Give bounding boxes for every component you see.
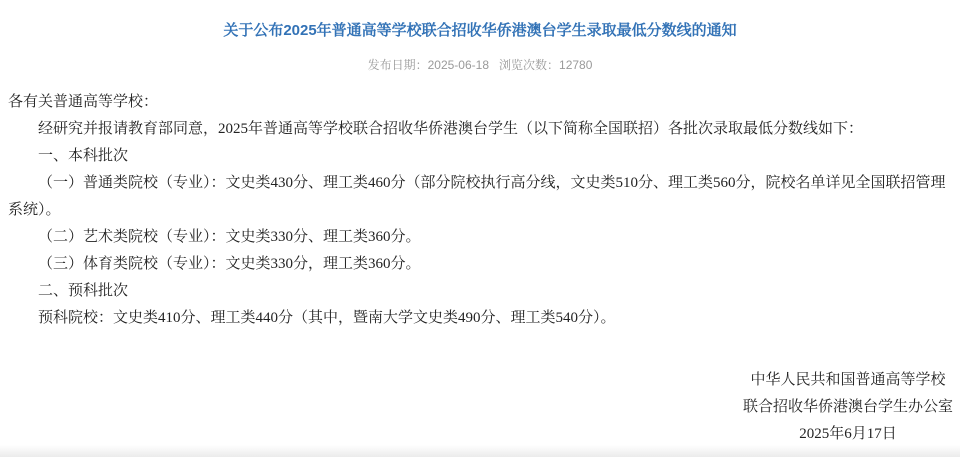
- page-bottom-fade: [0, 445, 960, 457]
- signature-org-line-1: 中华人民共和国普通高等学校: [743, 367, 953, 394]
- paragraph-general-colleges: （一）普通类院校（专业）：文史类430分、理工类460分（部分院校执行高分线，文…: [8, 170, 952, 224]
- publish-date-value: 2025-06-18: [428, 58, 489, 72]
- publish-date-label: 发布日期：: [368, 58, 428, 72]
- signature-org-line-2: 联合招收华侨港澳台学生办公室: [743, 394, 953, 421]
- notice-title: 关于公布2025年普通高等学校联合招收华侨港澳台学生录取最低分数线的通知: [0, 0, 960, 40]
- paragraph-art-colleges: （二）艺术类院校（专业）：文史类330分、理工类360分。: [8, 224, 952, 251]
- paragraph-intro: 经研究并报请教育部同意，2025年普通高等学校联合招收华侨港澳台学生（以下简称全…: [8, 116, 952, 143]
- paragraph-yuke-colleges: 预科院校：文史类410分、理工类440分（其中，暨南大学文史类490分、理工类5…: [8, 305, 952, 332]
- notice-page: 关于公布2025年普通高等学校联合招收华侨港澳台学生录取最低分数线的通知 发布日…: [0, 0, 960, 457]
- notice-body: 各有关普通高等学校： 经研究并报请教育部同意，2025年普通高等学校联合招收华侨…: [8, 89, 952, 332]
- signature-date: 2025年6月17日: [743, 421, 953, 448]
- section-heading-yuke: 二、预科批次: [8, 278, 952, 305]
- views-value: 12780: [559, 58, 592, 72]
- signature-inner: 中华人民共和国普通高等学校 联合招收华侨港澳台学生办公室 2025年6月17日: [743, 367, 953, 448]
- salutation: 各有关普通高等学校：: [8, 89, 952, 116]
- meta-line: 发布日期：2025-06-18浏览次数：12780: [0, 56, 960, 73]
- views-label: 浏览次数：: [499, 58, 559, 72]
- signature-block: 中华人民共和国普通高等学校 联合招收华侨港澳台学生办公室 2025年6月17日: [0, 367, 960, 448]
- section-heading-benke: 一、本科批次: [8, 143, 952, 170]
- paragraph-sports-colleges: （三）体育类院校（专业）：文史类330分，理工类360分。: [8, 251, 952, 278]
